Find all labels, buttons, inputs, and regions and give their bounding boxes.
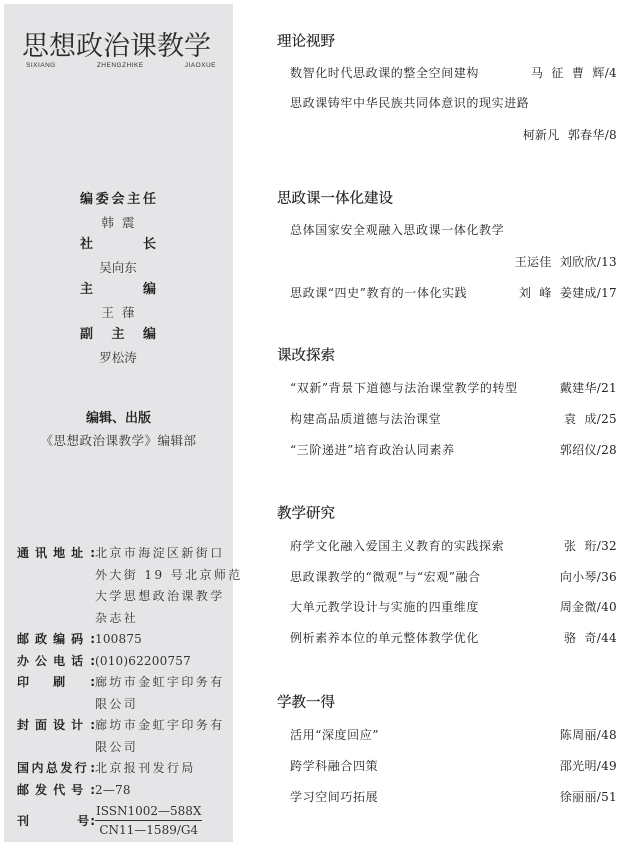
info-value: 北京报刊发行局	[95, 758, 229, 780]
role-char: 主	[127, 189, 140, 212]
role-char: 主	[80, 279, 93, 302]
info-label: 印 刷 :	[17, 672, 95, 715]
page-number: /21	[597, 381, 617, 395]
value-line: 限公司	[95, 737, 229, 759]
role-char: 编	[80, 189, 93, 212]
info-label: 刊 号 :	[17, 802, 95, 842]
article-author: 柯新凡 郭春华	[523, 128, 605, 142]
pinyin-word: ZHENGZHIKE	[97, 62, 144, 69]
publication-info: 通 讯 地 址 : 北京市海淀区新街口 外大街 19 号北京师范 大学思想政治课…	[17, 543, 229, 842]
role-char: 任	[143, 189, 156, 212]
value-line: 2—78	[95, 780, 229, 802]
toc-entry[interactable]: 跨学科融合四策 邵光明/49	[290, 756, 617, 776]
value-line: 外大街 19 号北京师范	[95, 565, 243, 587]
label-char: 邮	[17, 629, 29, 651]
article-author: 王运佳 刘欣欣	[515, 255, 597, 269]
role-char: 主	[111, 324, 124, 347]
article-author-page: 柯新凡 郭春华/8	[523, 125, 617, 145]
article-title: 思政课“四史”教育的一体化实践	[290, 283, 467, 303]
article-author: 郭绍仪	[560, 443, 597, 457]
article-title: 构建高品质道德与法治课堂	[290, 409, 441, 429]
role-char: 编	[143, 324, 156, 347]
article-author-page: 徐丽丽/51	[560, 787, 617, 807]
label-char: 印	[17, 672, 29, 715]
label-char: 总	[46, 758, 58, 780]
page-number: /44	[597, 631, 617, 645]
section-title: 课改探索	[277, 345, 617, 367]
info-row-serial-number: 刊 号 : ISSN1002—588X CN11—1589/G4	[17, 802, 229, 842]
staff-role-deputy-editor: 副 主 编	[80, 324, 156, 347]
toc-section-research: 教学研究	[277, 503, 617, 525]
section-title: 思政课一体化建设	[277, 188, 617, 210]
label-char: 行	[75, 758, 87, 780]
toc-entry[interactable]: 思政课“四史”教育的一体化实践 刘 峰 姜建成/17	[290, 283, 617, 303]
role-char: 副	[80, 324, 93, 347]
info-label: 通 讯 地 址 :	[17, 543, 95, 629]
article-author-page: 戴建华/21	[560, 378, 617, 398]
value-line: 100875	[95, 629, 229, 651]
article-title: 学习空间巧拓展	[290, 787, 378, 807]
staff-role-chairman: 编 委 会 主 任	[80, 189, 156, 212]
article-author-page: 向小琴/36	[560, 567, 617, 587]
section-title: 教学研究	[277, 503, 617, 525]
article-title: 跨学科融合四策	[290, 756, 378, 776]
label-char: 讯	[35, 543, 47, 629]
toc-entry[interactable]: “三阶递进”培育政治认同素养 郭绍仪/28	[290, 440, 617, 460]
value-line: 杂志社	[95, 608, 243, 630]
article-author: 向小琴	[560, 570, 597, 584]
cn-number: CN11—1589/G4	[95, 821, 202, 839]
info-value: 廊坊市金虹宇印务有 限公司	[95, 715, 229, 758]
toc-entry[interactable]: 例析素养本位的单元整体教学优化 骆 奇/44	[290, 628, 617, 648]
toc-entry[interactable]: 思政课铸牢中华民族共同体意识的现实进路	[290, 93, 617, 113]
value-line: 大学思想政治课教学	[95, 586, 243, 608]
page-number: /4	[605, 66, 617, 80]
staff-role-editor-in-chief: 主 编	[80, 279, 156, 302]
publisher-label: 编辑、出版	[4, 408, 233, 430]
staff-name: 罗松涛	[80, 347, 156, 370]
page-number: /51	[597, 790, 617, 804]
label-char: 号	[71, 780, 83, 802]
staff-name: 王 葎	[80, 302, 156, 325]
toc-entry[interactable]: “双新”背景下道德与法治课堂教学的转型 戴建华/21	[290, 378, 617, 398]
article-title: “三阶递进”培育政治认同素养	[290, 440, 455, 460]
article-author: 张 珩	[564, 539, 597, 553]
article-author: 邵光明	[560, 759, 597, 773]
article-author: 戴建华	[560, 381, 597, 395]
label-char: 刊	[17, 811, 29, 833]
toc-section-teaching-insights: 学教一得	[277, 692, 617, 714]
page-number: /48	[597, 728, 617, 742]
staff-name: 吴向东	[80, 257, 156, 280]
section-title: 学教一得	[277, 692, 617, 714]
staff-name: 韩 震	[80, 212, 156, 235]
article-author: 马 征 曹 辉	[531, 66, 605, 80]
info-label: 国 内 总 发 行 :	[17, 758, 95, 780]
role-char: 会	[111, 189, 124, 212]
label-char: 发	[35, 780, 47, 802]
article-title: “双新”背景下道德与法治课堂教学的转型	[290, 378, 518, 398]
article-author: 徐丽丽	[560, 790, 597, 804]
label-char: 内	[31, 758, 43, 780]
label-char: 面	[35, 715, 47, 758]
toc-entry[interactable]: 大单元教学设计与实施的四重维度 周金微/40	[290, 597, 617, 617]
journal-title: 思想政治课教学	[22, 24, 222, 63]
info-row-cover-design: 封 面 设 计 : 廊坊市金虹宇印务有 限公司	[17, 715, 229, 758]
info-label: 办 公 电 话 :	[17, 651, 95, 673]
article-author: 骆 奇	[564, 631, 597, 645]
article-author: 袁 成	[564, 412, 597, 426]
toc-entry-continued[interactable]: 王运佳 刘欣欣/13	[290, 252, 617, 272]
journal-pinyin: SIXIANG ZHENGZHIKE JIAOXUE	[26, 62, 226, 69]
label-char: 址	[71, 543, 83, 629]
label-char: 电	[53, 651, 65, 673]
toc-section-integration: 思政课一体化建设	[277, 188, 617, 210]
article-author-page: 周金微/40	[560, 597, 617, 617]
pinyin-word: JIAOXUE	[185, 62, 216, 69]
value-line: 廊坊市金虹宇印务有	[95, 672, 229, 694]
editorial-staff: 编 委 会 主 任 韩 震 社 长 吴向东 主 编 王 葎 副 主 编 罗松涛	[80, 189, 156, 369]
info-row-printer: 印 刷 : 廊坊市金虹宇印务有 限公司	[17, 672, 229, 715]
role-char: 编	[143, 279, 156, 302]
article-author-page: 王运佳 刘欣欣/13	[515, 252, 617, 272]
article-author: 陈周丽	[560, 728, 597, 742]
label-char: 发	[60, 758, 72, 780]
toc-entry[interactable]: 构建高品质道德与法治课堂 袁 成/25	[290, 409, 617, 429]
value-line: (010)62200757	[95, 651, 229, 673]
label-char: 代	[53, 780, 65, 802]
info-row-distributor: 国 内 总 发 行 : 北京报刊发行局	[17, 758, 229, 780]
issn-number: ISSN1002—588X	[95, 802, 202, 821]
page-number: /25	[597, 412, 617, 426]
page-number: /36	[597, 570, 617, 584]
article-author-page: 邵光明/49	[560, 756, 617, 776]
value-line: 廊坊市金虹宇印务有	[95, 715, 229, 737]
label-char: 设	[53, 715, 65, 758]
label-char: 邮	[17, 780, 29, 802]
article-author-page: 陈周丽/48	[560, 725, 617, 745]
article-title: 大单元教学设计与实施的四重维度	[290, 597, 479, 617]
toc-entry[interactable]: 数智化时代思政课的整全空间建构 马 征 曹 辉/4	[290, 63, 617, 83]
article-title: 数智化时代思政课的整全空间建构	[290, 63, 479, 83]
info-value: 100875	[95, 629, 229, 651]
info-value: 北京市海淀区新街口 外大街 19 号北京师范 大学思想政治课教学 杂志社	[95, 543, 243, 629]
role-char: 社	[80, 234, 93, 257]
info-value: (010)62200757	[95, 651, 229, 673]
label-char: 通	[17, 543, 29, 629]
info-value: 2—78	[95, 780, 229, 802]
label-char: 计	[71, 715, 83, 758]
page-number: /32	[597, 539, 617, 553]
section-title: 理论视野	[277, 31, 617, 53]
role-char: 委	[96, 189, 109, 212]
toc-entry[interactable]: 府学文化融入爱国主义教育的实践探索 张 珩/32	[290, 536, 617, 556]
publisher-value: 《思想政治课教学》编辑部	[4, 430, 233, 452]
label-char: 封	[17, 715, 29, 758]
info-row-postal-code: 邮 政 编 码 : 100875	[17, 629, 229, 651]
page-number: /28	[597, 443, 617, 457]
article-author-page: 马 征 曹 辉/4	[531, 63, 617, 83]
label-char: 办	[17, 651, 29, 673]
article-author-page: 郭绍仪/28	[560, 440, 617, 460]
pinyin-word: SIXIANG	[26, 62, 56, 69]
article-title: 例析素养本位的单元整体教学优化	[290, 628, 479, 648]
info-label: 封 面 设 计 :	[17, 715, 95, 758]
toc-entry[interactable]: 思政课教学的“微观”与“宏观”融合 向小琴/36	[290, 567, 617, 587]
page-number: /17	[597, 286, 617, 300]
toc-page: 思想政治课教学 SIXIANG ZHENGZHIKE JIAOXUE 编 委 会…	[0, 0, 629, 846]
article-author: 刘 峰 姜建成	[519, 286, 597, 300]
article-author-page: 骆 奇/44	[564, 628, 617, 648]
label-char: 政	[35, 629, 47, 651]
info-row-postal-distribution-code: 邮 发 代 号 : 2—78	[17, 780, 229, 802]
info-label: 邮 发 代 号 :	[17, 780, 95, 802]
value-line: 北京市海淀区新街口	[95, 543, 243, 565]
info-value: ISSN1002—588X CN11—1589/G4	[95, 802, 229, 842]
publisher-block: 编辑、出版 《思想政治课教学》编辑部	[4, 408, 233, 452]
toc-section-theory: 理论视野	[277, 31, 617, 53]
article-title: 府学文化融入爱国主义教育的实践探索	[290, 536, 504, 556]
page-number: /8	[605, 128, 617, 142]
label-char: 编	[53, 629, 65, 651]
article-author: 周金微	[560, 600, 597, 614]
page-number: /49	[597, 759, 617, 773]
article-title: 总体国家安全观融入思政课一体化教学	[290, 220, 504, 240]
info-row-address: 通 讯 地 址 : 北京市海淀区新街口 外大街 19 号北京师范 大学思想政治课…	[17, 543, 229, 629]
label-char: 码	[71, 629, 83, 651]
label-char: 地	[53, 543, 65, 629]
article-title: 思政课教学的“微观”与“宏观”融合	[290, 567, 481, 587]
info-label: 邮 政 编 码 :	[17, 629, 95, 651]
page-number: /40	[597, 600, 617, 614]
toc-entry[interactable]: 活用“深度回应” 陈周丽/48	[290, 725, 617, 745]
label-char: 话	[71, 651, 83, 673]
label-char: 国	[17, 758, 29, 780]
toc-entry[interactable]: 总体国家安全观融入思政课一体化教学	[290, 220, 617, 240]
info-value: 廊坊市金虹宇印务有 限公司	[95, 672, 229, 715]
label-char: 刷	[53, 672, 65, 715]
label-char: 公	[35, 651, 47, 673]
article-author-page: 张 珩/32	[564, 536, 617, 556]
value-line: 限公司	[95, 694, 229, 716]
article-title: 思政课铸牢中华民族共同体意识的现实进路	[290, 93, 529, 113]
article-author-page: 袁 成/25	[564, 409, 617, 429]
page-number: /13	[597, 255, 617, 269]
role-char: 长	[143, 234, 156, 257]
toc-entry[interactable]: 学习空间巧拓展 徐丽丽/51	[290, 787, 617, 807]
toc-section-reform: 课改探索	[277, 345, 617, 367]
issn-fraction: ISSN1002—588X CN11—1589/G4	[95, 802, 202, 839]
article-author-page: 刘 峰 姜建成/17	[519, 283, 617, 303]
value-line: 北京报刊发行局	[95, 758, 229, 780]
staff-role-president: 社 长	[80, 234, 156, 257]
label-char: 号	[77, 811, 89, 833]
article-title: 活用“深度回应”	[290, 725, 379, 745]
toc-entry-continued[interactable]: 柯新凡 郭春华/8	[290, 125, 617, 145]
info-row-phone: 办 公 电 话 : (010)62200757	[17, 651, 229, 673]
